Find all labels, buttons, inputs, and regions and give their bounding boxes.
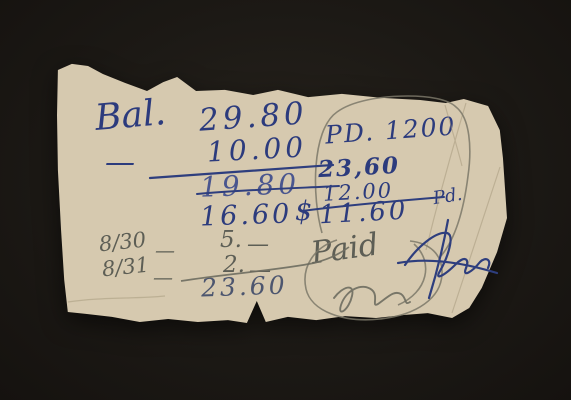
balance-label: Bal. — [94, 95, 168, 137]
subtracted-amount: 10.00 — [206, 133, 308, 166]
dollar-sign: $ — [295, 198, 312, 225]
amount-830-dash: — — [247, 234, 269, 256]
remaining-balance: 11.60 — [318, 198, 409, 229]
left-total-amount: 23.60 — [201, 272, 288, 300]
paid-heading: PD. 1200 — [324, 113, 457, 147]
paid-script-word: Paid — [309, 229, 380, 269]
amount-830: 5. — [220, 229, 242, 252]
result-amount: 16.60 — [200, 200, 293, 230]
date-830-dash: — — [155, 240, 175, 260]
right-amount-1: 23,60 — [317, 154, 400, 181]
balance-suffix: Pd. — [432, 186, 464, 208]
struck-amount: 19.80 — [200, 170, 301, 201]
photo-background: Bal. 29.80 — 10.00 19.80 16.60 8/30 — 5.… — [0, 0, 571, 400]
minus-sign: — — [105, 148, 135, 178]
date-831: 8/31 — [101, 255, 150, 281]
paper-shadow: Bal. 29.80 — 10.00 19.80 16.60 8/30 — 5.… — [57, 62, 507, 330]
paper-note: Bal. 29.80 — 10.00 19.80 16.60 8/30 — 5.… — [57, 62, 507, 330]
date-831-dash: — — [153, 267, 173, 287]
date-830: 8/30 — [98, 230, 147, 256]
